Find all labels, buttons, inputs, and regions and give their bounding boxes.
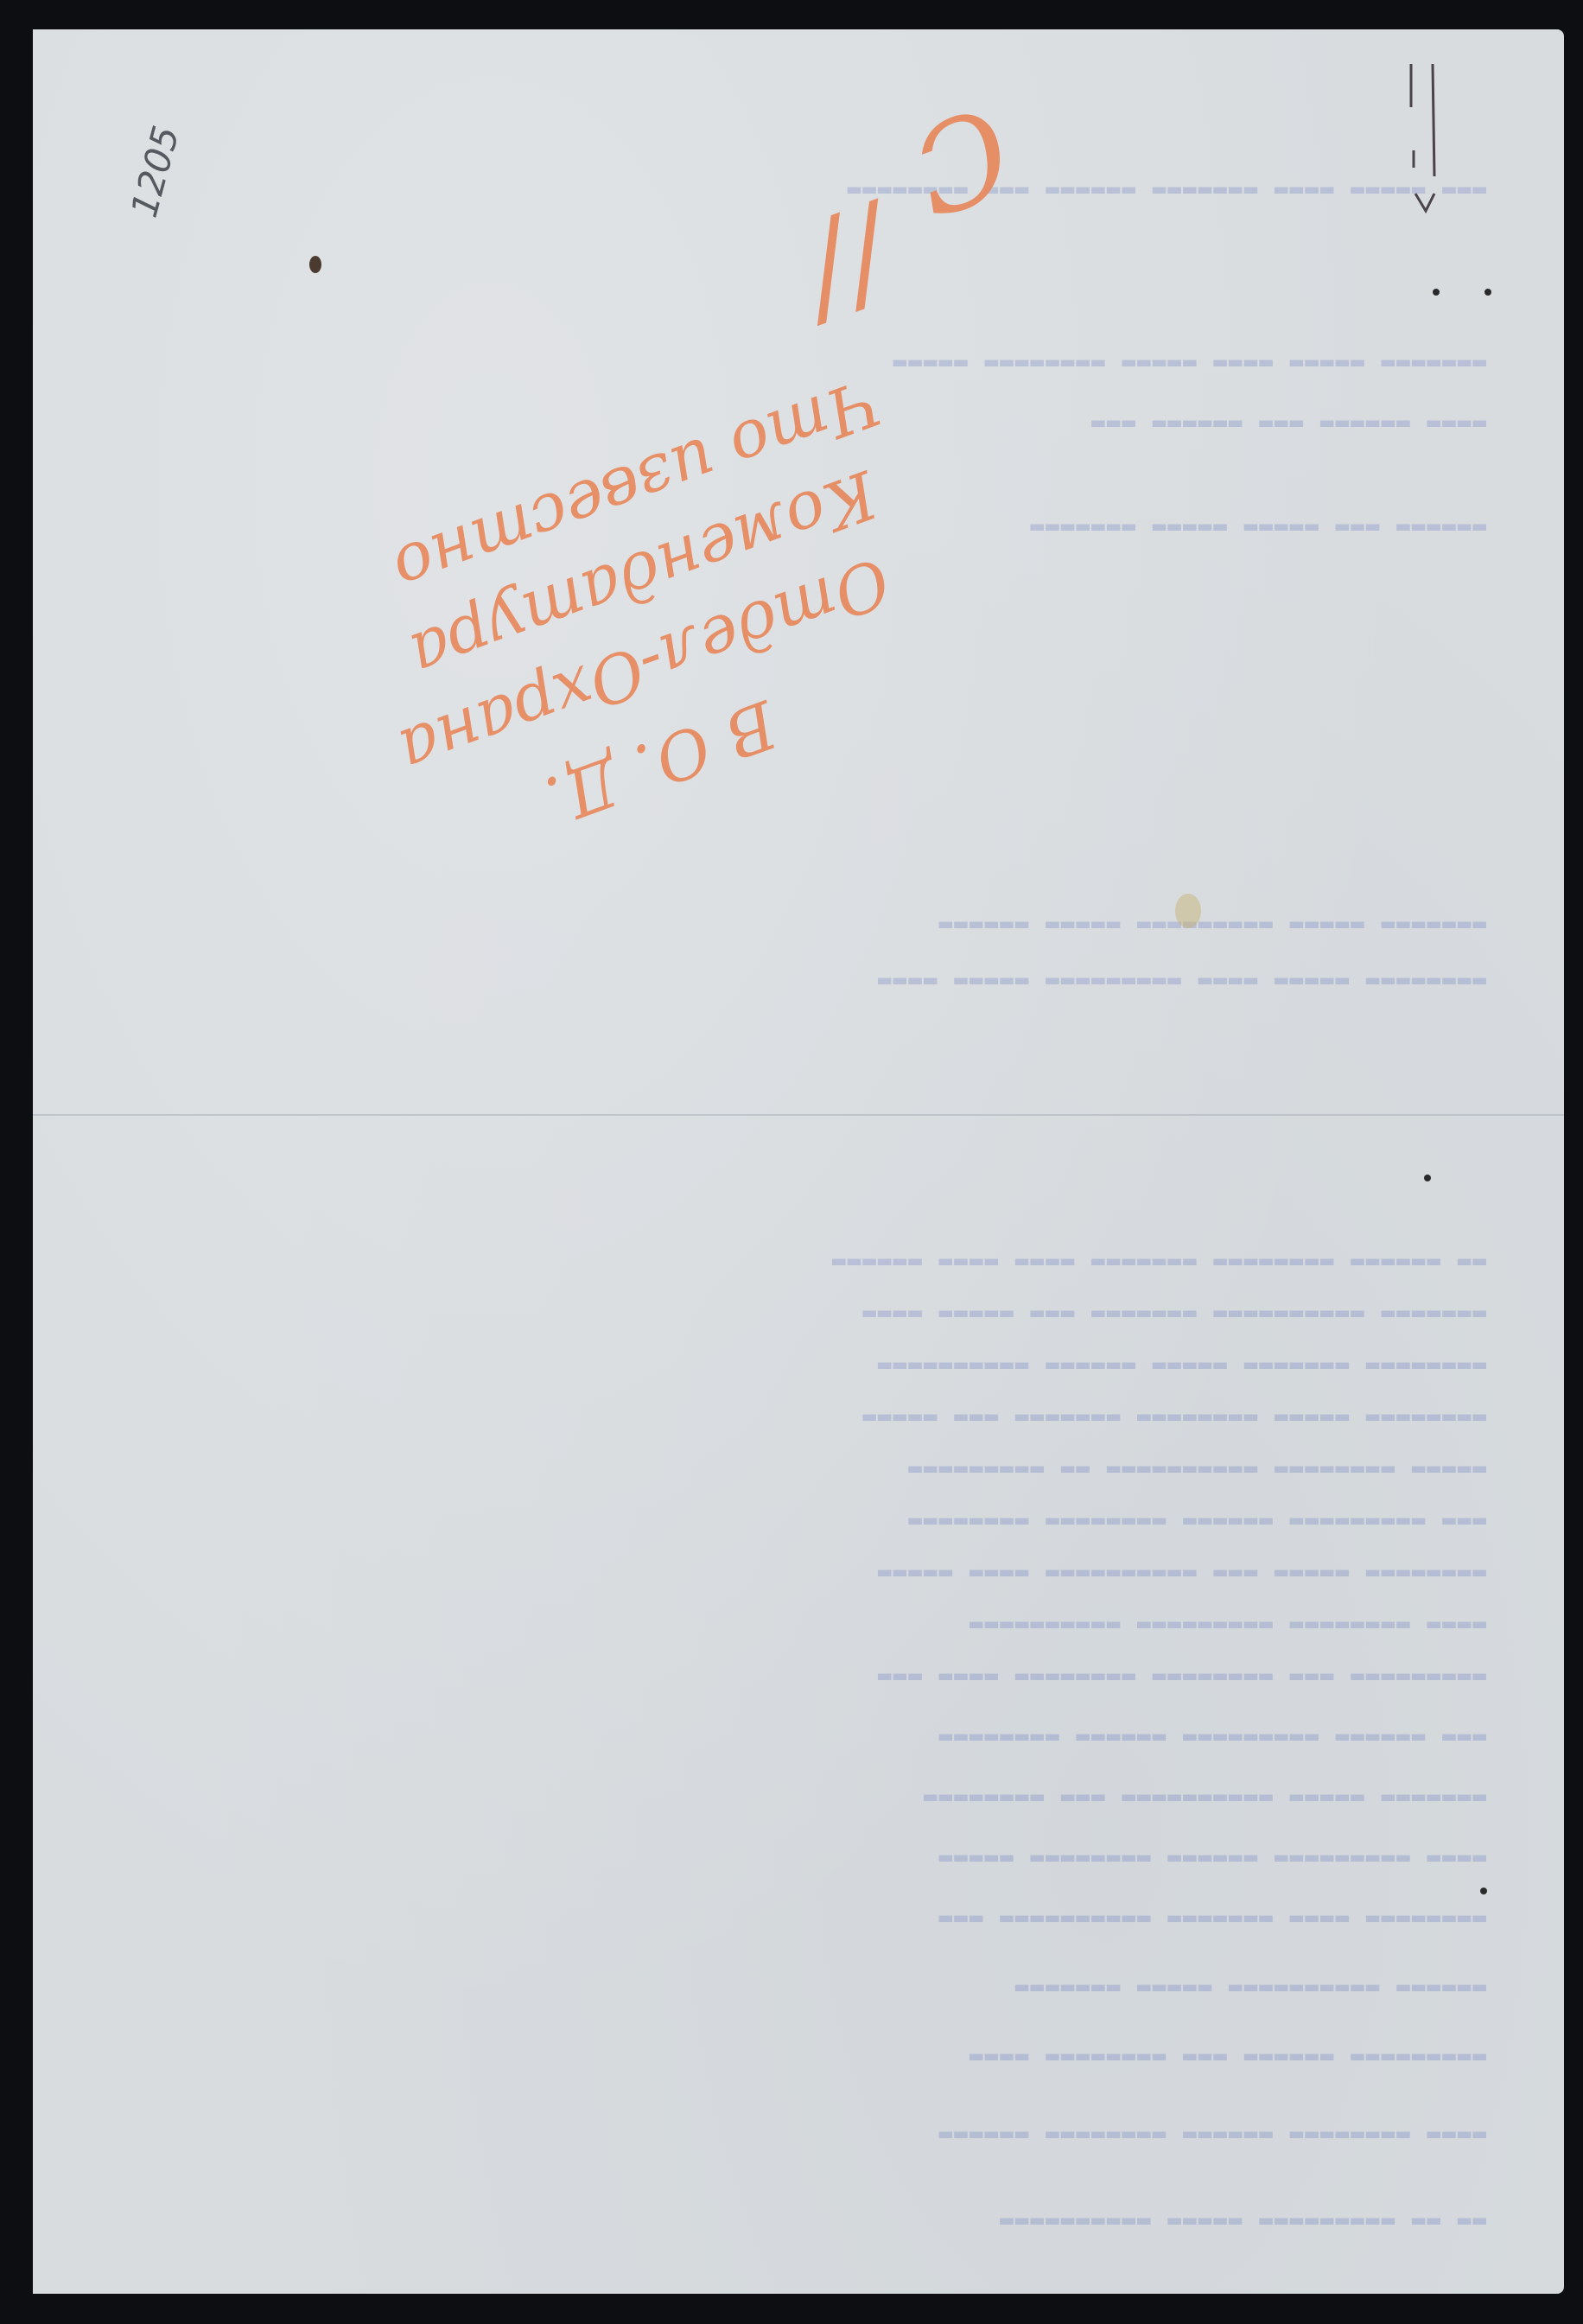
show-through-line: ▬▬▬▬▬ ▬▬▬▬▬▬▬▬ ▬▬▬▬▬▬▬▬▬▬ ▬▬ ▬▬▬▬▬▬▬▬▬ <box>111 1455 1486 1481</box>
fold-line <box>33 1114 1564 1116</box>
show-through-line: ▬▬▬▬ ▬▬▬▬▬▬▬▬▬ ▬▬▬▬▬▬ ▬▬▬▬▬▬▬▬ ▬▬▬▬▬ <box>111 1844 1486 1870</box>
show-through-line: ▬▬▬▬▬▬▬ ▬▬▬▬▬ ▬▬▬▬▬▬▬▬▬ ▬▬▬▬▬ ▬▬▬▬▬▬ <box>111 911 1486 937</box>
show-through-line: ▬▬▬▬▬▬▬ ▬▬▬▬▬ ▬▬▬▬▬▬▬▬▬▬ ▬▬▬ ▬▬▬▬▬▬▬▬ <box>111 1784 1486 1810</box>
show-through-line: ▬▬▬▬▬▬ ▬▬▬▬▬▬▬▬▬▬ ▬▬▬▬▬ ▬▬▬▬▬▬▬ <box>111 1974 1486 2000</box>
punch-mark <box>1433 289 1440 296</box>
show-through-line: ▬▬▬ ▬▬▬▬▬▬▬▬▬ ▬▬▬▬▬▬ ▬▬▬▬▬▬▬▬ ▬▬▬▬▬▬▬▬ <box>111 1507 1486 1533</box>
punch-mark <box>1480 1888 1487 1894</box>
document-sheet: 1205 ▬▬▬ ▬▬▬▬▬ ▬▬▬▬ ▬▬▬▬▬▬▬ ▬▬▬▬▬▬ ▬▬▬ ▬… <box>33 29 1564 2294</box>
show-through-line: ▬▬▬▬▬▬▬▬ ▬▬▬▬▬ ▬▬▬ ▬▬▬▬▬▬▬▬▬▬ ▬▬▬▬ ▬▬▬▬▬ <box>111 1559 1486 1585</box>
show-through-line: ▬▬▬▬▬▬▬▬ ▬▬▬▬▬ ▬▬▬▬ ▬▬▬▬▬▬▬▬▬ ▬▬▬▬▬ ▬▬▬▬ <box>111 967 1486 993</box>
show-through-line: ▬▬▬▬▬▬▬▬ ▬▬▬▬▬▬▬ ▬▬▬▬▬ ▬▬▬▬▬▬ ▬▬▬▬▬▬▬▬▬▬ <box>111 1352 1486 1378</box>
show-through-line: ▬▬▬▬ ▬▬▬▬▬▬▬▬ ▬▬▬▬▬▬ ▬▬▬▬▬▬▬▬ ▬▬▬▬▬▬ <box>111 2121 1486 2147</box>
show-through-line: ▬▬▬▬▬▬▬▬▬ ▬▬▬▬▬▬ ▬▬▬ ▬▬▬▬▬▬▬▬ ▬▬▬▬ <box>111 2043 1486 2069</box>
show-through-line: ▬▬▬▬▬▬▬▬ ▬▬▬▬ ▬▬▬▬▬▬▬ ▬▬▬▬▬▬▬▬▬▬ ▬▬▬ <box>111 1905 1486 1931</box>
punch-mark <box>1424 1175 1431 1181</box>
punch-mark <box>1484 289 1491 296</box>
show-through-line: ▬▬▬ ▬▬▬▬▬▬ ▬▬▬▬▬▬▬▬▬ ▬▬▬▬▬▬ ▬▬▬▬▬▬▬▬ <box>111 1723 1486 1749</box>
red-pencil-annotation: В О. Д. Отдел-Охрана Комендатура Что изв… <box>107 0 1324 971</box>
show-through-line: ▬▬▬▬▬▬▬▬▬ ▬▬▬ ▬▬▬▬▬▬▬▬ ▬▬▬▬▬▬▬▬ ▬▬▬▬ ▬▬▬ <box>111 1663 1486 1689</box>
show-through-line: ▬▬▬▬▬▬▬ ▬▬▬▬▬▬▬▬▬▬ ▬▬▬▬▬▬▬ ▬▬▬ ▬▬▬▬▬ ▬▬▬… <box>111 1300 1486 1326</box>
stain <box>1175 894 1201 928</box>
show-through-line: ▬▬ ▬▬ ▬▬▬▬▬▬▬▬▬ ▬▬▬▬▬ ▬▬▬▬▬▬▬▬▬▬ <box>111 2207 1486 2233</box>
show-through-line: ▬▬ ▬▬▬▬▬▬ ▬▬▬▬▬▬▬▬ ▬▬▬▬▬▬▬ ▬▬▬▬ ▬▬▬▬ ▬▬▬… <box>111 1248 1486 1274</box>
show-through-line: ▬▬▬▬▬▬▬▬ ▬▬▬▬▬ ▬▬▬▬▬▬▬▬ ▬▬▬▬▬▬▬ ▬▬▬ ▬▬▬▬… <box>111 1404 1486 1429</box>
paper-spot <box>309 256 321 273</box>
annotation-mark: С <box>893 77 1028 241</box>
annotation-slashes: // <box>786 184 911 344</box>
folio-number: 1205 <box>123 122 188 222</box>
show-through-line: ▬▬▬▬ ▬▬▬▬▬▬▬▬ ▬▬▬▬▬▬▬▬▬ ▬▬▬▬▬▬▬▬▬▬ <box>111 1611 1486 1637</box>
